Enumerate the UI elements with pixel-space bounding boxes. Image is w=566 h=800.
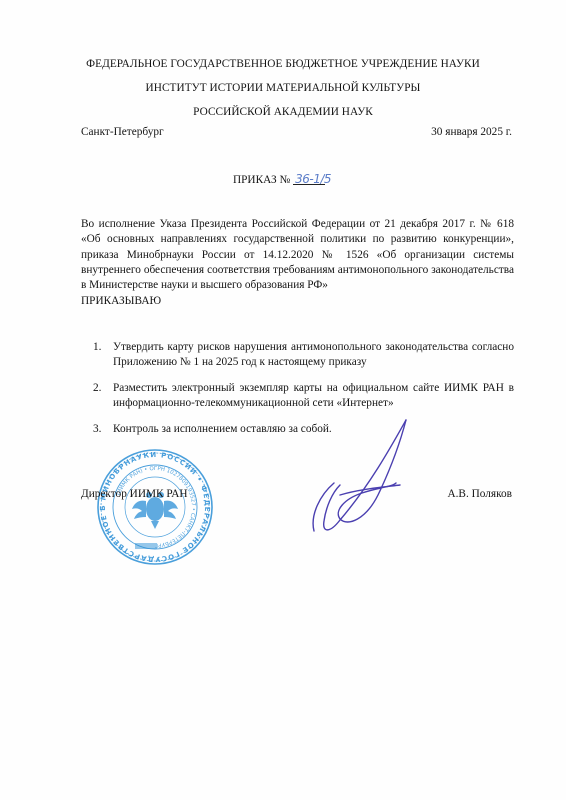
org-header-line-3: РОССИЙСКОЙ АКАДЕМИИ НАУК — [0, 106, 566, 118]
item-text: Утвердить карту рисков нарушения антимон… — [113, 341, 514, 368]
city: Санкт-Петербург — [81, 126, 164, 138]
org-header-line-1: ФЕДЕРАЛЬНОЕ ГОСУДАРСТВЕННОЕ БЮДЖЕТНОЕ УЧ… — [0, 58, 566, 70]
item-number: 3. — [93, 422, 101, 437]
item-text: Разместить электронный экземпляр карты н… — [113, 382, 514, 409]
preamble-paragraph: Во исполнение Указа Президента Российско… — [81, 217, 514, 293]
org-header-line-2: ИНСТИТУТ ИСТОРИИ МАТЕРИАЛЬНОЙ КУЛЬТУРЫ — [0, 82, 566, 94]
order-heading: ПРИКАЗ № 36-1/5 — [0, 172, 566, 186]
order-title: ПРИКАЗ № — [233, 174, 290, 186]
item-text: Контроль за исполнением оставляю за собо… — [113, 423, 332, 435]
item-number: 2. — [93, 381, 101, 396]
document-page: ФЕДЕРАЛЬНОЕ ГОСУДАРСТВЕННОЕ БЮДЖЕТНОЕ УЧ… — [0, 0, 566, 800]
document-date: 30 января 2025 г. — [431, 126, 512, 138]
order-item: 2. Разместить электронный экземпляр карт… — [93, 381, 514, 412]
order-item: 1. Утвердить карту рисков нарушения анти… — [93, 340, 514, 371]
official-stamp-icon: МИНОБРНАУКИ РОССИИ • ФЕДЕРАЛЬНОЕ ГОСУДАР… — [95, 445, 215, 570]
handwritten-signature-icon — [300, 415, 420, 540]
item-number: 1. — [93, 340, 101, 355]
signature-block: Директор ИИМК РАН А.В. Поляков — [81, 488, 512, 500]
signer-position: Директор ИИМК РАН — [81, 488, 188, 500]
city-date-row: Санкт-Петербург 30 января 2025 г. — [81, 126, 512, 138]
signer-name: А.В. Поляков — [447, 488, 512, 500]
order-number-handwritten: 36-1/5 — [293, 172, 333, 186]
command-word: ПРИКАЗЫВАЮ — [81, 295, 161, 307]
